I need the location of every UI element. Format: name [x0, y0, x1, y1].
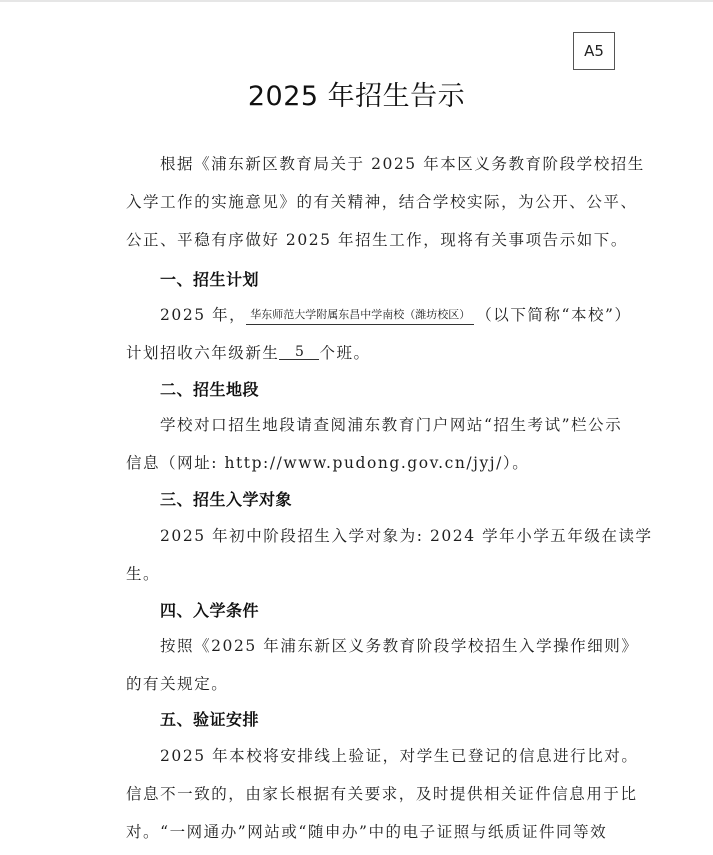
- document-title: 2025 年招生告示: [0, 74, 713, 113]
- page-label-box: A5: [573, 32, 615, 70]
- intro-line-3: 公正、平稳有序做好 2025 年招生工作，现将有关事项告示如下。: [126, 228, 626, 250]
- section-4-line-1: 按照《2025 年浦东新区义务教育阶段学校招生入学操作细则》: [160, 634, 660, 656]
- section-5-line-3: 对。“一网通办”网站或“随申办”中的电子证照与纸质证件同等效: [126, 820, 626, 842]
- section-3-line-1: 2025 年初中阶段招生入学对象为: 2024 学年小学五年级在读学: [160, 524, 660, 546]
- section-1-heading: 一、招生计划: [160, 267, 259, 290]
- class-count-field: 5: [279, 345, 319, 360]
- section-3-heading: 三、招生入学对象: [160, 487, 292, 510]
- section-1-line-2-prefix: 计划招收六年级新生: [126, 344, 279, 362]
- intro-line-1: 根据《浦东新区教育局关于 2025 年本区义务教育阶段学校招生: [160, 152, 660, 174]
- section-1-line-2: 计划招收六年级新生5个班。: [126, 341, 626, 363]
- page-label-text: A5: [584, 42, 604, 60]
- section-3-line-2: 生。: [126, 562, 626, 584]
- section-4-heading: 四、入学条件: [160, 598, 259, 621]
- section-1-prefix: 2025 年，: [160, 306, 246, 324]
- section-4-line-2: 的有关规定。: [126, 672, 626, 694]
- section-2-heading: 二、招生地段: [160, 377, 259, 400]
- section-1-suffix: （以下简称“本校”）: [476, 306, 631, 324]
- section-1-line-2-suffix: 个班。: [319, 344, 370, 362]
- section-5-line-1: 2025 年本校将安排线上验证，对学生已登记的信息进行比对。: [160, 744, 660, 766]
- section-2-line-1: 学校对口招生地段请查阅浦东教育门户网站“招生考试”栏公示: [160, 413, 660, 435]
- section-5-line-2: 信息不一致的，由家长根据有关要求，及时提供相关证件信息用于比: [126, 782, 626, 804]
- section-2-line-2: 信息（网址: http://www.pudong.gov.cn/jyj/）。: [126, 451, 626, 473]
- section-1-line-1: 2025 年，华东师范大学附属东昌中学南校（潍坊校区）（以下简称“本校”）: [160, 303, 660, 325]
- page-top-edge: [0, 0, 713, 2]
- section-5-heading: 五、验证安排: [160, 707, 259, 730]
- school-name-field: 华东师范大学附属东昌中学南校（潍坊校区）: [246, 306, 474, 325]
- intro-line-2: 入学工作的实施意见》的有关精神，结合学校实际，为公开、公平、: [126, 190, 626, 212]
